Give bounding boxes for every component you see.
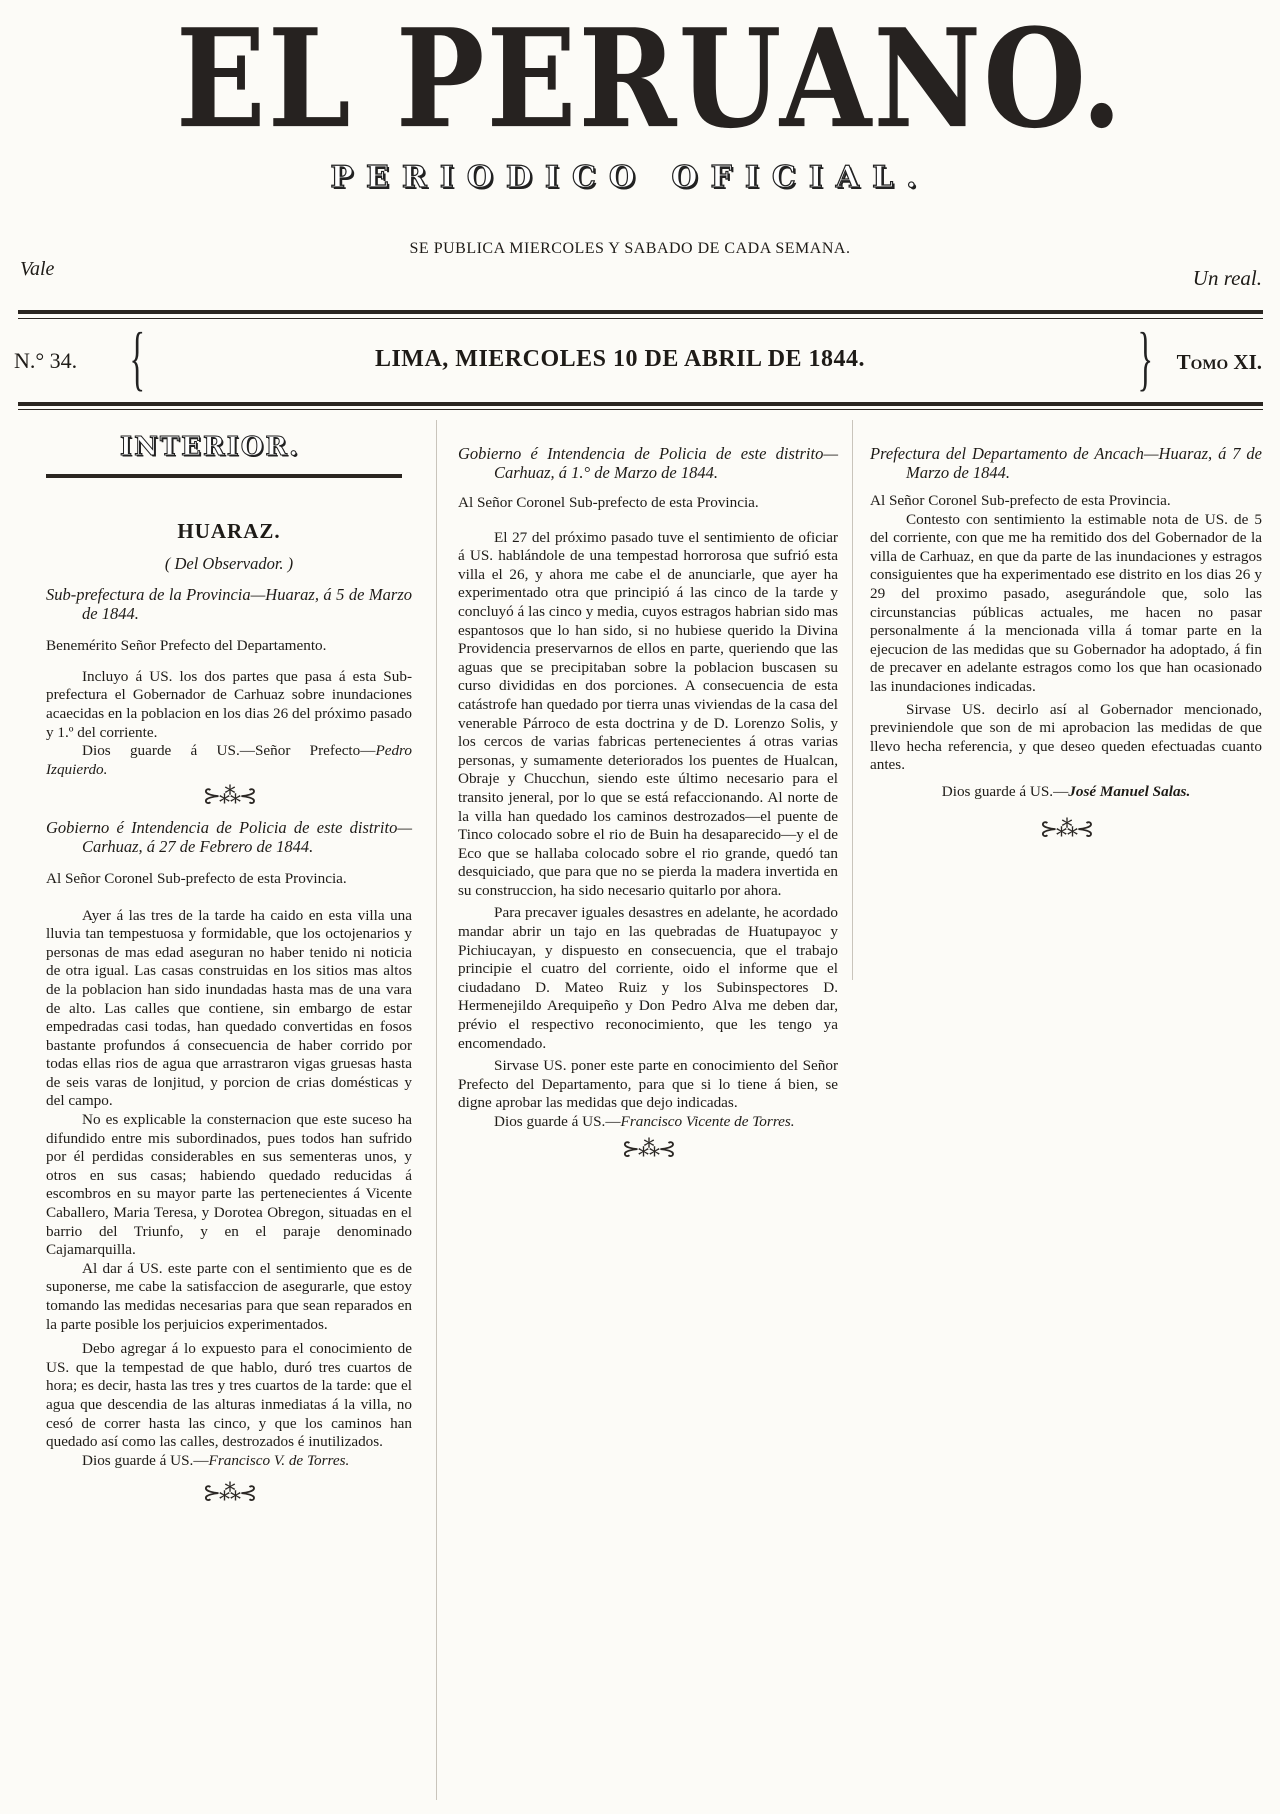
volume-number: Tomo XI. <box>1177 350 1262 375</box>
article-paragraph: Contesto con sentimiento la estimable no… <box>870 511 1262 697</box>
article-source: ( Del Observador. ) <box>46 555 412 574</box>
header-rule-bottom <box>18 402 1263 406</box>
article-closing: Dios guarde á US.—Francisco V. de Torres… <box>46 1452 412 1471</box>
price-label-left: Vale <box>20 258 54 281</box>
article-paragraph: No es explicable la consternacion que es… <box>46 1111 412 1260</box>
column-divider <box>852 420 853 980</box>
article-header: Gobierno é Intendencia de Policia de est… <box>458 444 838 482</box>
signature: Francisco Vicente de Torres. <box>621 1113 795 1130</box>
article-header: Sub-prefectura de la Provincia—Huaraz, á… <box>46 585 412 623</box>
section-title: INTERIOR. <box>60 432 360 462</box>
left-brace-ornament: { <box>130 322 146 394</box>
closing-text: Dios guarde á US.—Señor Prefecto— <box>82 742 375 759</box>
article-paragraph: Incluyo á US. los dos partes que pasa á … <box>46 668 412 742</box>
header-rule-bottom-thin <box>18 409 1263 410</box>
column-left: HUARAZ. ( Del Observador. ) Sub-prefectu… <box>46 522 412 1503</box>
closing-text: Dios guarde á US.— <box>942 783 1069 800</box>
issue-number: N.° 34. <box>14 348 77 374</box>
article-paragraph: Al dar á US. este parte con el sentimien… <box>46 1260 412 1334</box>
article-place-heading: HUARAZ. <box>46 522 412 541</box>
section-rule <box>46 474 402 478</box>
article-header: Gobierno é Intendencia de Policia de est… <box>46 818 412 856</box>
article-paragraph: Ayer á las tres de la tarde ha caido en … <box>46 907 412 1112</box>
article-paragraph: Para precaver iguales desastres en adela… <box>458 904 838 1053</box>
closing-text: Dios guarde á US.— <box>494 1113 621 1130</box>
article-salutation: Al Señor Coronel Sub-prefecto de esta Pr… <box>870 492 1262 511</box>
closing-text: Dios guarde á US.— <box>82 1452 209 1469</box>
newspaper-title: EL PERUANO. <box>95 10 1205 148</box>
header-rule-top <box>18 310 1263 314</box>
article-salutation: Al Señor Coronel Sub-prefecto de esta Pr… <box>458 494 838 513</box>
column-divider <box>436 420 437 1800</box>
price-label-right: Un real. <box>1193 266 1262 291</box>
column-middle: Gobierno é Intendencia de Policia de est… <box>458 444 838 1158</box>
ornament-divider-icon: ⊱⁂⊰ <box>46 1484 412 1503</box>
article-paragraph: Sirvase US. decirlo así al Gobernador me… <box>870 701 1262 775</box>
newspaper-subtitle: PERIODICO OFICIAL. <box>230 160 1030 195</box>
signature: Francisco V. de Torres. <box>209 1452 350 1469</box>
right-brace-ornament: } <box>1138 322 1154 394</box>
article-paragraph: Debo agregar á lo expuesto para el conoc… <box>46 1340 412 1452</box>
article-closing: Dios guarde á US.—José Manuel Salas. <box>870 783 1262 802</box>
article-closing: Dios guarde á US.—Francisco Vicente de T… <box>458 1113 838 1132</box>
article-header: Prefectura del Departamento de Ancach—Hu… <box>870 444 1262 482</box>
article-closing: Dios guarde á US.—Señor Prefecto—Pedro I… <box>46 742 412 779</box>
ornament-divider-icon: ⊱⁂⊰ <box>46 787 412 806</box>
signature: José Manuel Salas. <box>1068 783 1190 800</box>
ornament-divider-icon: ⊱⁂⊰ <box>870 820 1262 839</box>
publication-schedule: SE PUBLICA MIERCOLES Y SABADO DE CADA SE… <box>280 240 980 258</box>
header-rule-top-thin <box>18 318 1263 319</box>
ornament-divider-icon: ⊱⁂⊰ <box>458 1140 838 1159</box>
column-right: Prefectura del Departamento de Ancach—Hu… <box>870 444 1262 838</box>
article-paragraph: El 27 del próximo pasado tuve el sentimi… <box>458 529 838 901</box>
article-salutation: Benemérito Señor Prefecto del Departamen… <box>46 637 412 656</box>
dateline: LIMA, MIERCOLES 10 DE ABRIL DE 1844. <box>320 346 920 373</box>
article-paragraph: Sirvase US. poner este parte en conocimi… <box>458 1057 838 1113</box>
article-salutation: Al Señor Coronel Sub-prefecto de esta Pr… <box>46 870 412 889</box>
